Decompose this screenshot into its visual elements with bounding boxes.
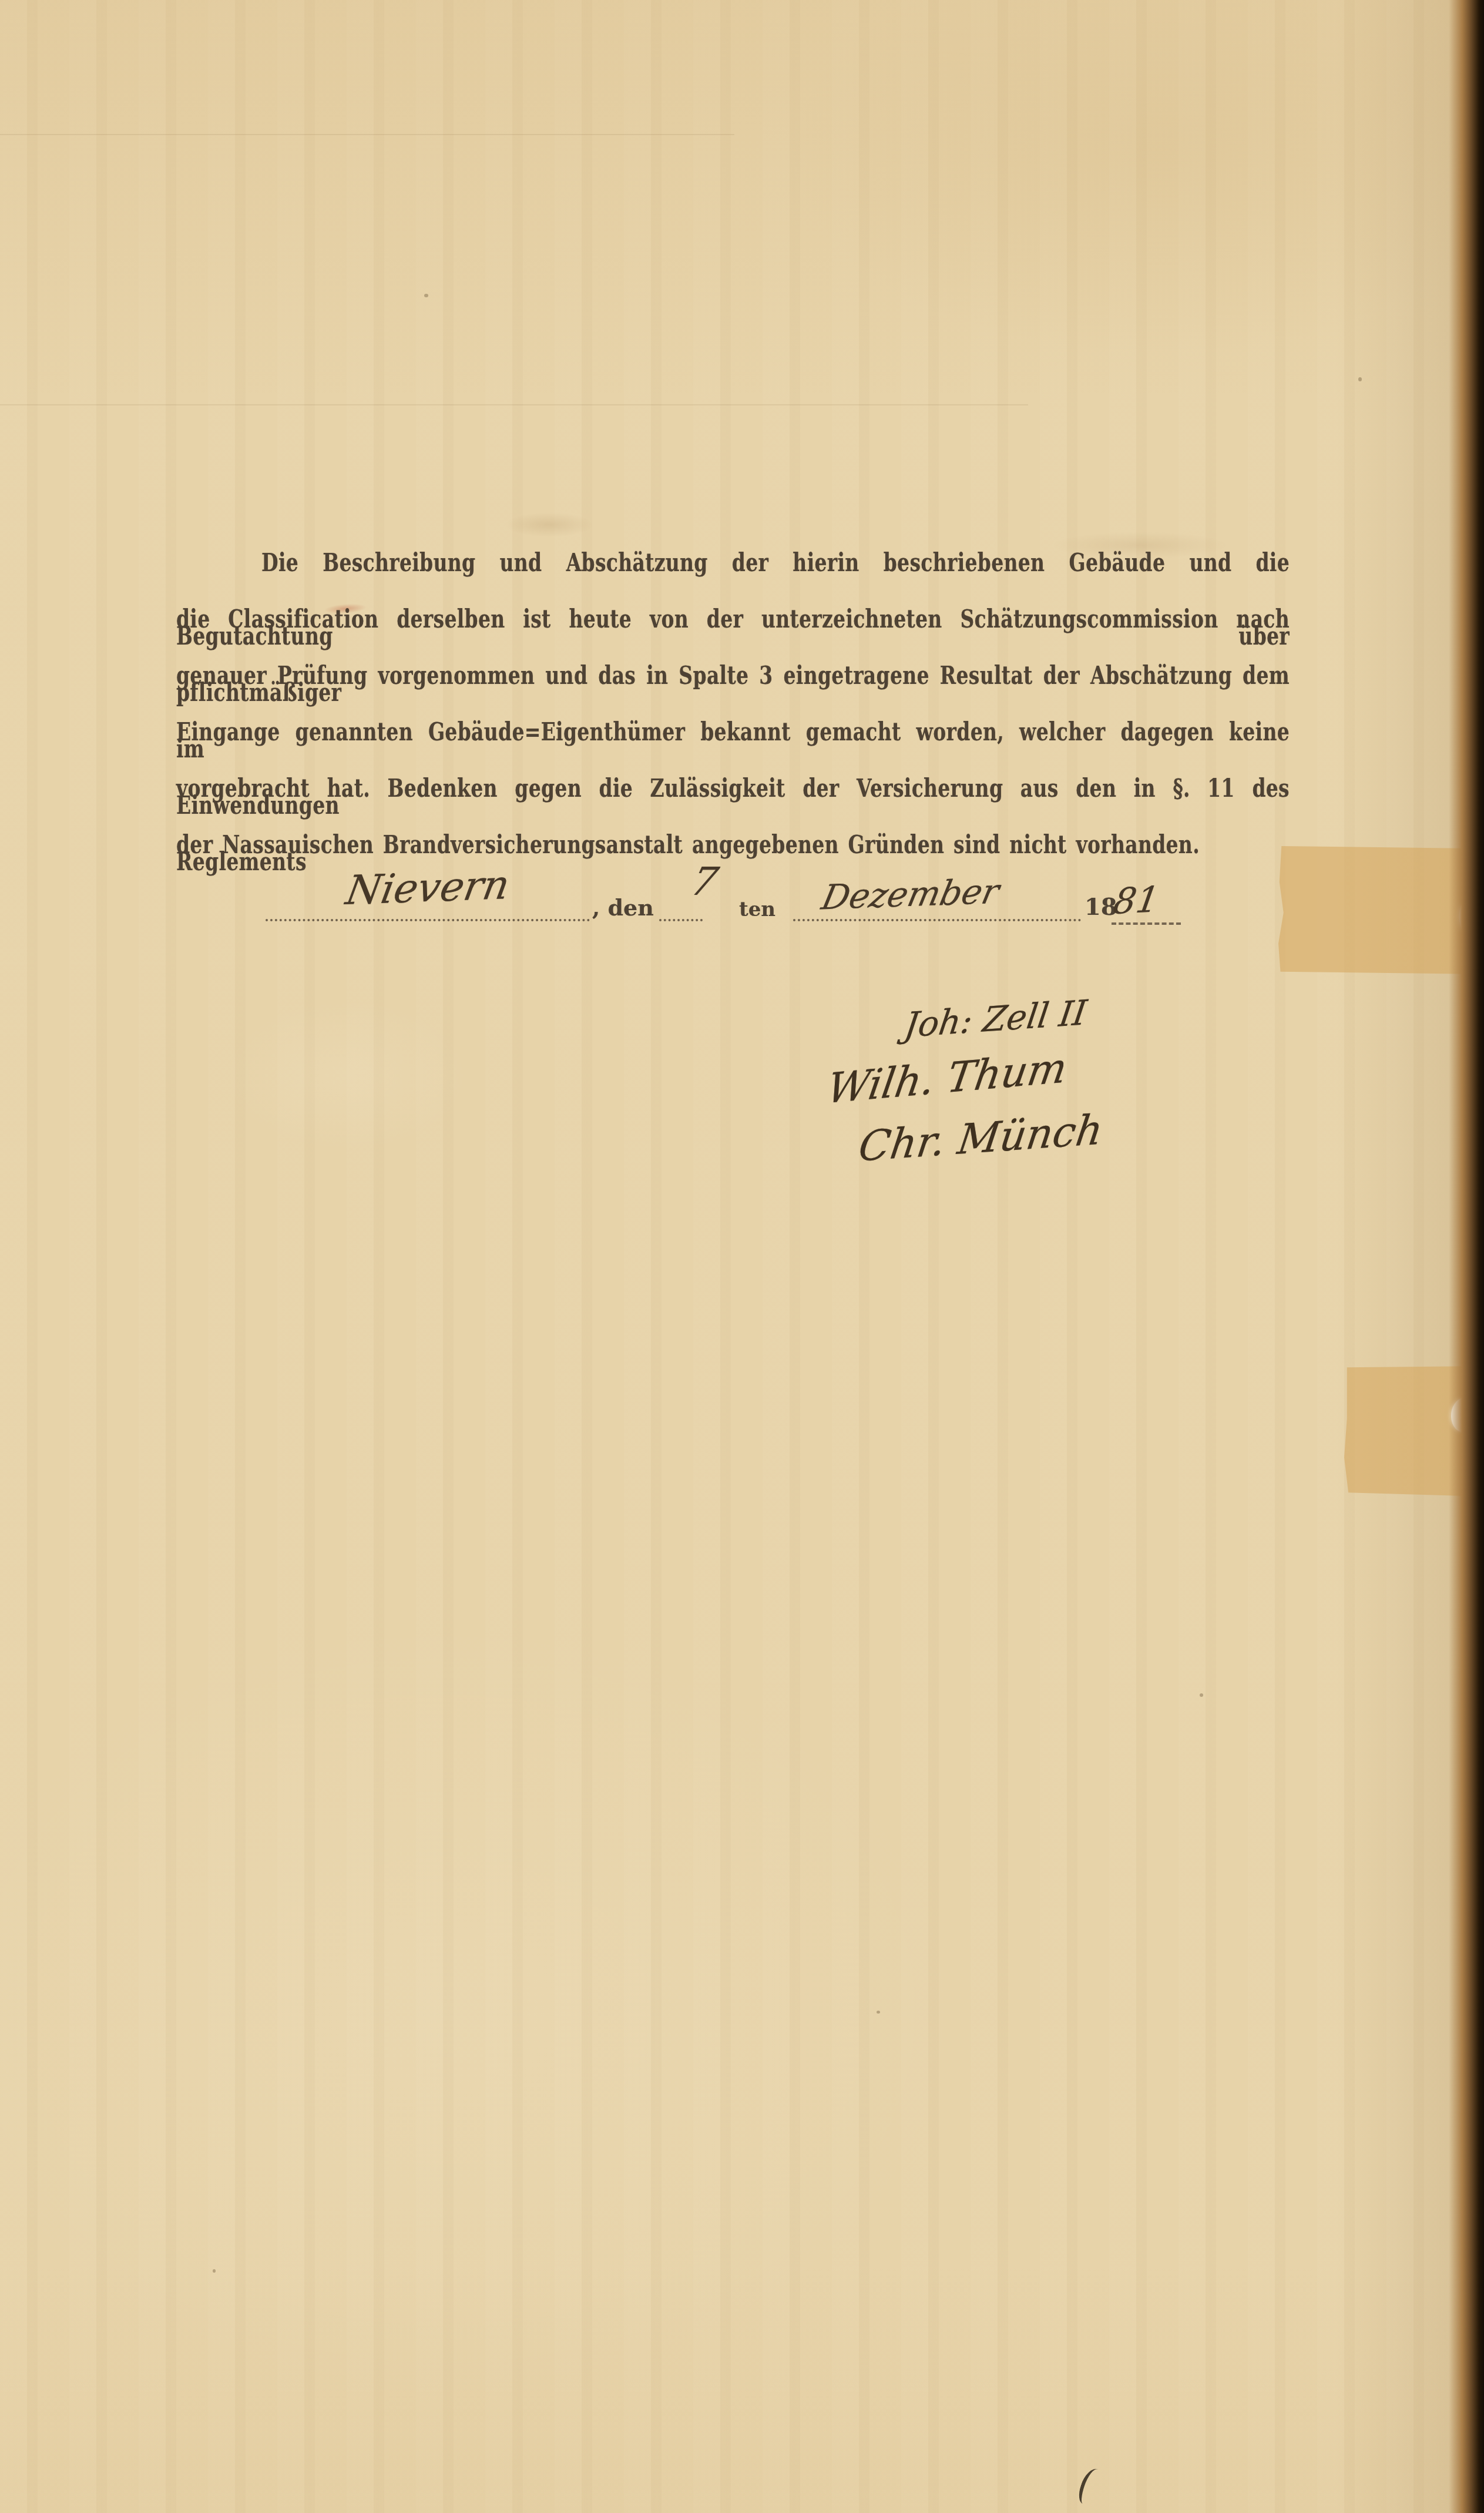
paper-stain (223, 999, 470, 1152)
body-text-block: Die Beschreibung und Abschätzung der hie… (176, 535, 1290, 873)
day-underline (659, 919, 703, 921)
paper-speck (877, 2011, 880, 2014)
document-page: Die Beschreibung und Abschätzung der hie… (0, 0, 1484, 2513)
handwritten-year: 81 (1110, 879, 1161, 923)
signature-chr-muench: Chr. Münch (856, 1105, 1106, 1171)
month-underline (793, 919, 1081, 921)
place-underline (266, 919, 590, 921)
signature-block: Joh: Zell II Wilh. Thum Chr. Münch (817, 999, 1228, 1199)
paper-speck (424, 294, 428, 297)
year-underline (1112, 922, 1181, 925)
paper-crease (0, 404, 1028, 405)
ink-blot (1076, 2466, 1105, 2508)
signature-joh-zell: Joh: Zell II (902, 992, 1089, 1045)
page-edge-shadow (1449, 0, 1484, 2513)
printed-den-label: , den (592, 894, 654, 921)
body-text-line: der Nassauischen Brandversicherungsansta… (176, 808, 1290, 882)
paper-crease (0, 134, 734, 135)
paper-speck (1358, 377, 1362, 381)
paper-speck (1200, 1693, 1203, 1697)
handwritten-place: Nievern (343, 862, 513, 914)
handwritten-month: Dezember (818, 871, 1003, 917)
signature-wilh-thum: Wilh. Thum (824, 1043, 1070, 1113)
paper-speck (213, 2269, 216, 2273)
printed-ten-label: ten (739, 898, 775, 921)
